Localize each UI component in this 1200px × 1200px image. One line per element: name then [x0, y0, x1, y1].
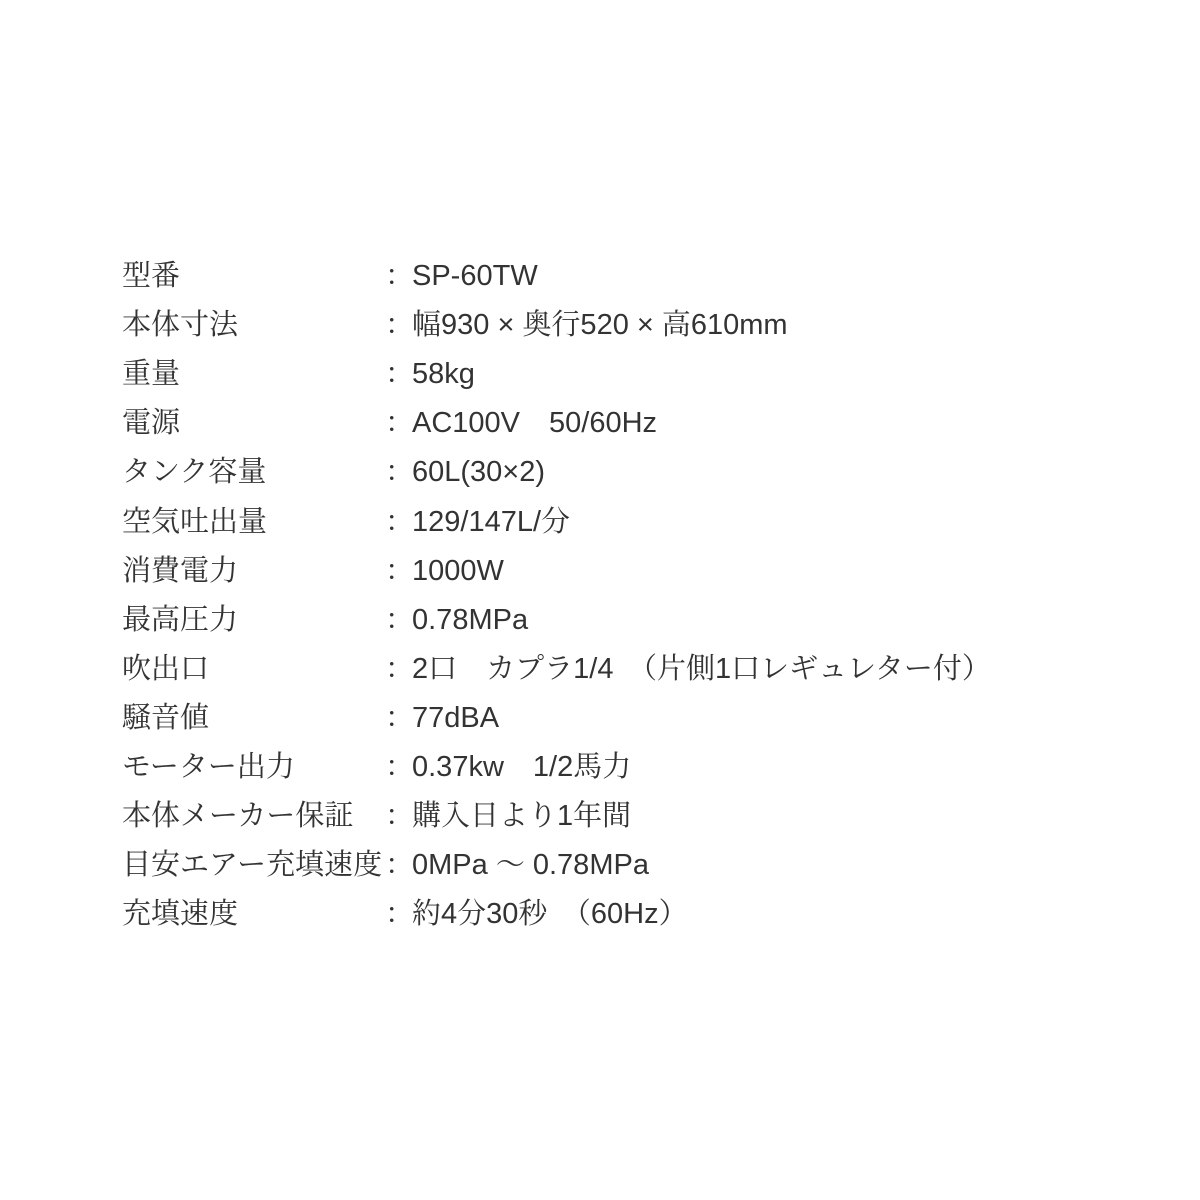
spec-value: 129/147L/分: [412, 508, 1082, 537]
spec-label: タンク容量: [122, 458, 385, 487]
spec-label: 消費電力: [122, 557, 385, 586]
spec-value: 60L(30×2): [412, 458, 1082, 487]
spec-row: 吹出口 ： 2口 カプラ1/4 （片側1口レギュレター付）: [122, 645, 1082, 694]
spec-colon: ：: [385, 409, 412, 438]
spec-row: モーター出力 ： 0.37kw 1/2馬力: [122, 743, 1082, 792]
spec-row: 最高圧力 ： 0.78MPa: [122, 596, 1082, 645]
spec-label: 本体メーカー保証: [122, 802, 385, 831]
spec-row: 消費電力 ： 1000W: [122, 547, 1082, 596]
spec-value: 0.78MPa: [412, 606, 1082, 635]
spec-colon: ：: [385, 557, 412, 586]
spec-row: タンク容量 ： 60L(30×2): [122, 448, 1082, 497]
spec-label: 吹出口: [122, 655, 385, 684]
spec-row: 本体寸法 ： 幅930 × 奥行520 × 高610mm: [122, 301, 1082, 350]
spec-value: AC100V 50/60Hz: [412, 409, 1082, 438]
spec-row: 空気吐出量 ： 129/147L/分: [122, 497, 1082, 546]
spec-label: 型番: [122, 262, 385, 291]
spec-label: 電源: [122, 409, 385, 438]
spec-colon: ：: [385, 802, 412, 831]
spec-table: 型番 ： SP-60TW 本体寸法 ： 幅930 × 奥行520 × 高610m…: [122, 252, 1082, 939]
spec-label: モーター出力: [122, 753, 385, 782]
spec-colon: ：: [385, 458, 412, 487]
spec-label: 騒音値: [122, 704, 385, 733]
spec-colon: ：: [385, 655, 412, 684]
spec-label: 重量: [122, 360, 385, 389]
spec-row: 目安エアー充填速度 ： 0MPa ～ 0.78MPa: [122, 841, 1082, 890]
spec-value: 2口 カプラ1/4 （片側1口レギュレター付）: [412, 655, 1082, 684]
spec-label: 本体寸法: [122, 311, 385, 340]
spec-value: 0MPa ～ 0.78MPa: [412, 851, 1082, 880]
spec-colon: ：: [385, 704, 412, 733]
spec-value: 幅930 × 奥行520 × 高610mm: [412, 311, 1082, 340]
spec-colon: ：: [385, 900, 412, 929]
spec-colon: ：: [385, 851, 412, 880]
spec-value: 77dBA: [412, 704, 1082, 733]
spec-label: 充填速度: [122, 900, 385, 929]
spec-value: 0.37kw 1/2馬力: [412, 753, 1082, 782]
spec-row: 騒音値 ： 77dBA: [122, 694, 1082, 743]
spec-row: 重量 ： 58kg: [122, 350, 1082, 399]
spec-label: 空気吐出量: [122, 508, 385, 537]
spec-row: 電源 ： AC100V 50/60Hz: [122, 399, 1082, 448]
spec-value: SP-60TW: [412, 262, 1082, 291]
spec-row: 充填速度 ： 約4分30秒 （60Hz）: [122, 890, 1082, 939]
spec-colon: ：: [385, 753, 412, 782]
spec-colon: ：: [385, 262, 412, 291]
spec-colon: ：: [385, 606, 412, 635]
spec-value: 1000W: [412, 557, 1082, 586]
spec-colon: ：: [385, 360, 412, 389]
spec-value: 58kg: [412, 360, 1082, 389]
spec-row: 本体メーカー保証 ： 購入日より1年間: [122, 792, 1082, 841]
spec-value: 約4分30秒 （60Hz）: [412, 900, 1082, 929]
spec-row: 型番 ： SP-60TW: [122, 252, 1082, 301]
spec-colon: ：: [385, 508, 412, 537]
spec-label: 最高圧力: [122, 606, 385, 635]
spec-colon: ：: [385, 311, 412, 340]
spec-label: 目安エアー充填速度: [122, 851, 385, 880]
spec-value: 購入日より1年間: [412, 802, 1082, 831]
